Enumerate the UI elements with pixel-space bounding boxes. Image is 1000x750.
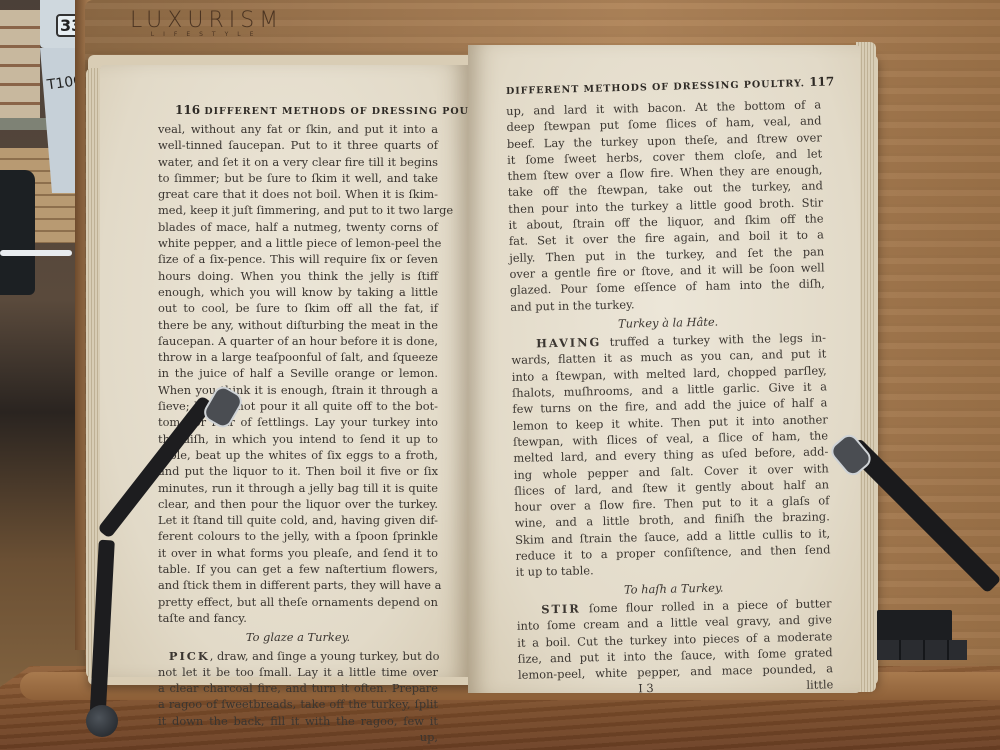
text-line: out to cool, be ſure to ſkim off all the… bbox=[158, 300, 438, 316]
text-line: there be any, without diſturbing the mea… bbox=[158, 317, 438, 333]
text-line: white pepper, and a little piece of lemo… bbox=[158, 235, 438, 251]
text-line: When you think it is enough, ſtrain it t… bbox=[158, 382, 438, 398]
shelf-books bbox=[0, 10, 40, 120]
catchword: up, bbox=[158, 729, 438, 745]
hinge-knuckle bbox=[877, 640, 967, 660]
running-head-text: DIFFERENT METHODS OF DRESSING POULTRY. bbox=[204, 106, 503, 117]
text-line: water, and ſet it on a very clear fire t… bbox=[158, 154, 438, 170]
running-head-text: DIFFERENT METHODS OF DRESSING POULTRY. bbox=[506, 78, 805, 97]
text-line: in the juice of half a Seville orange or… bbox=[158, 365, 438, 381]
photo-scene: 33 T10G LUXURISM LIFESTYLE 116 DIFFERENT… bbox=[0, 0, 1000, 750]
page-number: 117 bbox=[809, 74, 834, 89]
text-line: pretty effect, but all theſe ornaments d… bbox=[158, 594, 438, 610]
watermark-logo: LUXURISM LIFESTYLE bbox=[130, 8, 283, 38]
text-line: ſize of a ſix-pence. This will require ſ… bbox=[158, 251, 438, 267]
running-head-right: DIFFERENT METHODS OF DRESSING POULTRY. 1… bbox=[506, 74, 835, 97]
text-line: clear, and then pour the liquor over the… bbox=[158, 496, 438, 512]
text-line: great care that it does not boil. When i… bbox=[158, 186, 438, 202]
text-line: table. If you can get a few naſtertium f… bbox=[158, 561, 438, 577]
text-line: the diſh, in which you intend to ſend it… bbox=[158, 431, 438, 447]
text-line: a clear charcoal fire, and turn it often… bbox=[158, 680, 438, 696]
running-head-left: 116 DIFFERENT METHODS OF DRESSING POULTR… bbox=[175, 103, 503, 117]
text-line: table, beat up the whites of ſix eggs to… bbox=[158, 447, 438, 463]
text-line: Let it ſtand till quite cold, and, havin… bbox=[158, 512, 438, 528]
text-line: throw in a large teaſpoonful of ſalt, an… bbox=[158, 349, 438, 365]
text-line: med, keep it juſt ſimmering, and put to … bbox=[158, 202, 438, 218]
right-page-body: up, and lard it with bacon. At the botto… bbox=[506, 96, 833, 699]
text-line: and ſtick them in different parts, they … bbox=[158, 577, 438, 593]
lead-word: PICK bbox=[169, 649, 210, 663]
text-line: veal, without any fat or ſkin, and put i… bbox=[158, 121, 438, 137]
cable bbox=[0, 250, 72, 256]
section-heading: To glaze a Turkey. bbox=[158, 629, 438, 645]
left-page: 116 DIFFERENT METHODS OF DRESSING POULTR… bbox=[100, 65, 468, 677]
catchword: little bbox=[806, 677, 833, 694]
text-line: minutes, run it through a jelly bag till… bbox=[158, 480, 438, 496]
text-line: enough, which you will know by taking a … bbox=[158, 284, 438, 300]
text-line: a ragoo of ſweetbreads, take off the tur… bbox=[158, 696, 438, 712]
text-line: not let it be too ſmall. Lay it a little… bbox=[158, 664, 438, 680]
right-page: DIFFERENT METHODS OF DRESSING POULTRY. 1… bbox=[468, 45, 860, 693]
text-line: it over in what forms you pleaſe, and ſe… bbox=[158, 545, 438, 561]
lead-word: STIR bbox=[541, 601, 581, 616]
screw-icon bbox=[86, 705, 118, 737]
text-line: well-tinned ſaucepan. Put to it three qu… bbox=[158, 137, 438, 153]
text-line: hours doing. When you think the jelly is… bbox=[158, 268, 438, 284]
text-line: taſte and fancy. bbox=[158, 610, 438, 626]
text-line: and put the liquor to it. Then boil it f… bbox=[158, 463, 438, 479]
left-page-body: veal, without any fat or ſkin, and put i… bbox=[158, 121, 438, 745]
lead-word: HAVING bbox=[536, 335, 601, 350]
text-line: blades of mace, half a nutmeg, twenty co… bbox=[158, 219, 438, 235]
text-fragment: , draw, and ſinge a young turkey, but do bbox=[210, 649, 440, 663]
signature-mark: I 3 bbox=[638, 680, 654, 697]
text-line: to ſimmer; but be ſure to ſkim it well, … bbox=[158, 170, 438, 186]
electronic-device bbox=[0, 170, 35, 295]
text-line: it down the back, fill it with the ragoo… bbox=[158, 713, 438, 729]
page-number: 116 bbox=[175, 103, 200, 117]
text-line: PICK, draw, and ſinge a young turkey, bu… bbox=[158, 648, 438, 664]
text-line: ſaucepan. A quarter of an hour before it… bbox=[158, 333, 438, 349]
logo-subtext: LIFESTYLE bbox=[130, 31, 283, 38]
logo-text: LUXURISM bbox=[130, 8, 283, 33]
text-line: ferent colours to the jelly, with a ſpoo… bbox=[158, 528, 438, 544]
